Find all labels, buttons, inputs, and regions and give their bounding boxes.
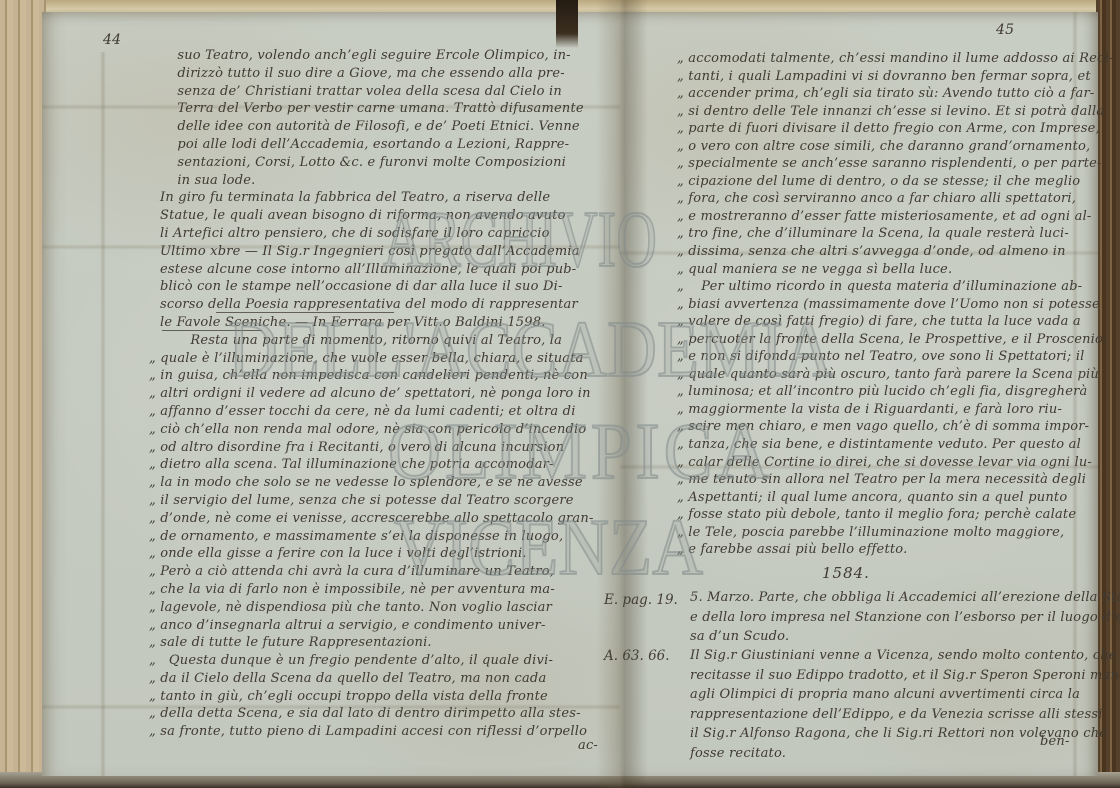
manuscript-line: „ luminosa; et all’incontro più lucido c… (688, 383, 1108, 401)
manuscript-line: „ accomodati talmente, ch’essi mandino i… (688, 50, 1108, 68)
right-page-number: 45 (996, 22, 1014, 38)
manuscript-line: „ in guisa, ch’ella non impedisca con ca… (160, 367, 612, 385)
manuscript-line: recitasse il suo Edippo tradotto, et il … (690, 666, 1110, 686)
manuscript-line: in sua lode. (160, 172, 612, 190)
manuscript-line: „ le Tele, poscia parebbe l’illuminazion… (688, 524, 1108, 542)
manuscript-line: sa d’un Scudo. (690, 627, 1110, 647)
manuscript-line: „ Però a ciò attenda chi avrà la cura d’… (160, 563, 612, 581)
left-page-text: suo Teatro, volendo anch’egli seguire Er… (160, 47, 612, 741)
manuscript-line: „ fosse stato più debole, tanto il megli… (688, 506, 1108, 524)
manuscript-line: dirizzò tutto il suo dire a Giove, ma ch… (160, 65, 612, 83)
manuscript-line: „ affanno d’esser tocchi da cere, nè da … (160, 403, 612, 421)
manuscript-line: Terra del Verbo per vestir carne umana. … (160, 100, 612, 118)
manuscript-line: „ dissima, senza che altri s’avvegga d’o… (688, 243, 1108, 261)
manuscript-line: „ si dentro delle Tele innanzi ch’esse s… (688, 103, 1108, 121)
section-heading-1584: 1584. (822, 564, 870, 582)
manuscript-line: Resta una parte di momento, ritorno quiv… (160, 332, 612, 350)
left-catchword: ac- (578, 738, 598, 753)
entry-1584-marzo: 5. Marzo. Parte, che obbliga li Accademi… (690, 588, 1110, 647)
manuscript-line: „ percuoter la fronte della Scena, le Pr… (688, 331, 1108, 349)
manuscript-line: „ cipazione del lume di dentro, o da se … (688, 173, 1108, 191)
manuscript-line: Ultimo xbre — Il Sig.r Ingegnieri così p… (160, 243, 612, 261)
manuscript-line: „ Per ultimo ricordo in questa materia d… (688, 278, 1108, 296)
manuscript-line: blicò con le stampe nell’occasione di da… (160, 278, 612, 296)
manuscript-line: „ tanti, i quali Lampadini vi si dovrann… (688, 68, 1108, 86)
manuscript-line: „ anco d’insegnarla altrui a servigio, e… (160, 617, 612, 635)
manuscript-line: sentazioni, Corsi, Lotto &c. e furonvi m… (160, 154, 612, 172)
manuscript-line: In giro fu terminata la fabbrica del Tea… (160, 189, 612, 207)
manuscript-line: senza de’ Christiani trattar volea della… (160, 83, 612, 101)
fold-crease (100, 52, 106, 776)
book-left-edge (0, 0, 46, 788)
manuscript-line: „ od altro disordine fra i Recitanti, o … (160, 439, 612, 457)
manuscript-line: „ onde ella gisse a ferire con la luce i… (160, 545, 612, 563)
manuscript-line: „ della detta Scena, e sia dal lato di d… (160, 705, 612, 723)
margin-ref-a-63-66: A. 63. 66. (604, 648, 670, 664)
manuscript-line: „ scire men chiaro, e men vago quello, c… (688, 418, 1108, 436)
manuscript-line: „ ciò ch’ella non renda mal odore, nè si… (160, 421, 612, 439)
manuscript-line: „ tro fine, che d’illuminare la Scena, l… (688, 225, 1108, 243)
manuscript-line: poi alle lodi dell’Accademia, esortando … (160, 136, 612, 154)
manuscript-line: „ o vero con altre cose simili, che dara… (688, 138, 1108, 156)
right-page-text: „ accomodati talmente, ch’essi mandino i… (688, 50, 1108, 559)
right-catchword: ben- (1040, 734, 1070, 749)
manuscript-line: „ da il Cielo della Scena da quello del … (160, 670, 612, 688)
manuscript-line: „ lagevole, nè dispendiosa più che tanto… (160, 599, 612, 617)
manuscript-line: „ sale di tutte le future Rappresentazio… (160, 634, 612, 652)
manuscript-line: „ Aspettanti; il qual lume ancora, quant… (688, 489, 1108, 507)
manuscript-line: „ specialmente se anch’esse saranno risp… (688, 155, 1108, 173)
manuscript-line: „ il servigio del lume, senza che si pot… (160, 492, 612, 510)
manuscript-line: „ d’onde, nè come ei venisse, accrescere… (160, 510, 612, 528)
manuscript-line: „ parte di fuori divisare il detto fregi… (688, 120, 1108, 138)
manuscript-line: „ accender prima, ch’egli sia tirato sù:… (688, 85, 1108, 103)
manuscript-line: „ altri ordigni il vedere ad alcuno de’ … (160, 385, 612, 403)
manuscript-line: Il Sig.r Giustiniani venne a Vicenza, se… (690, 646, 1110, 666)
manuscript-line: 5. Marzo. Parte, che obbliga li Accademi… (690, 588, 1110, 608)
manuscript-line: „ de ornamento, e massimamente s’ei la d… (160, 528, 612, 546)
manuscript-line: „ dietro alla scena. Tal illuminazione c… (160, 456, 612, 474)
manuscript-line: „ maggiormente la vista de i Riguardanti… (688, 401, 1108, 419)
manuscript-line: „ e non si difonda punto nel Teatro, ove… (688, 348, 1108, 366)
manuscript-line: „ biasi avvertenza (massimamente dove l’… (688, 296, 1108, 314)
manuscript-line: „ e farebbe assai più bello effetto. (688, 541, 1108, 559)
manuscript-line: „ tanza, che sia bene, e distintamente v… (688, 436, 1108, 454)
manuscript-line: rappresentazione dell’Edippo, e da Venez… (690, 705, 1110, 725)
manuscript-line: li Artefici altro pensiero, che di sodis… (160, 225, 612, 243)
manuscript-line: „ me tenuto sin allora nel Teatro per la… (688, 471, 1108, 489)
manuscript-line: „ che la via di farlo non è impossibile,… (160, 581, 612, 599)
underline-favole-sceniche (162, 330, 262, 331)
manuscript-line: „ quale è l’illuminazione, che vuole ess… (160, 350, 612, 368)
manuscript-line: „ qual maniera se ne vegga sì bella luce… (688, 261, 1108, 279)
manuscript-line: „ fora, che così serviranno anco a far c… (688, 190, 1108, 208)
manuscript-line: „ tanto in giù, ch’egli occupi troppo de… (160, 688, 612, 706)
manuscript-line: suo Teatro, volendo anch’egli seguire Er… (160, 47, 612, 65)
manuscript-scan: 44 45 suo Teatro, volendo anch’egli segu… (0, 0, 1120, 788)
manuscript-line: „ valere de così fatti fregio) di fare, … (688, 313, 1108, 331)
manuscript-line: „ calar delle Cortine io direi, che si d… (688, 454, 1108, 472)
manuscript-line: Statue, le quali avean bisogno di riform… (160, 207, 612, 225)
manuscript-line: estese alcune cose intorno all’Illuminaz… (160, 261, 612, 279)
margin-ref-e-pag-19: E. pag. 19. (604, 592, 678, 608)
manuscript-line: e della loro impresa nel Stanzione con l… (690, 608, 1110, 628)
binding-notch (556, 0, 578, 48)
manuscript-line: „ Questa dunque è un fregio pendente d’a… (160, 652, 612, 670)
manuscript-line: „ quale quanto sarà più oscuro, tanto fa… (688, 366, 1108, 384)
manuscript-line: delle idee con autorità de Filosofi, e d… (160, 118, 612, 136)
left-page-number: 44 (103, 32, 121, 48)
manuscript-line: agli Olimpici di propria mano alcuni avv… (690, 685, 1110, 705)
manuscript-line: „ sa fronte, tutto pieno di Lampadini ac… (160, 723, 612, 741)
underline-poesia-rappresentativa (216, 312, 394, 313)
manuscript-line: „ la in modo che solo se ne vedesse lo s… (160, 474, 612, 492)
manuscript-line: „ e mostreranno d’esser fatte misteriosa… (688, 208, 1108, 226)
